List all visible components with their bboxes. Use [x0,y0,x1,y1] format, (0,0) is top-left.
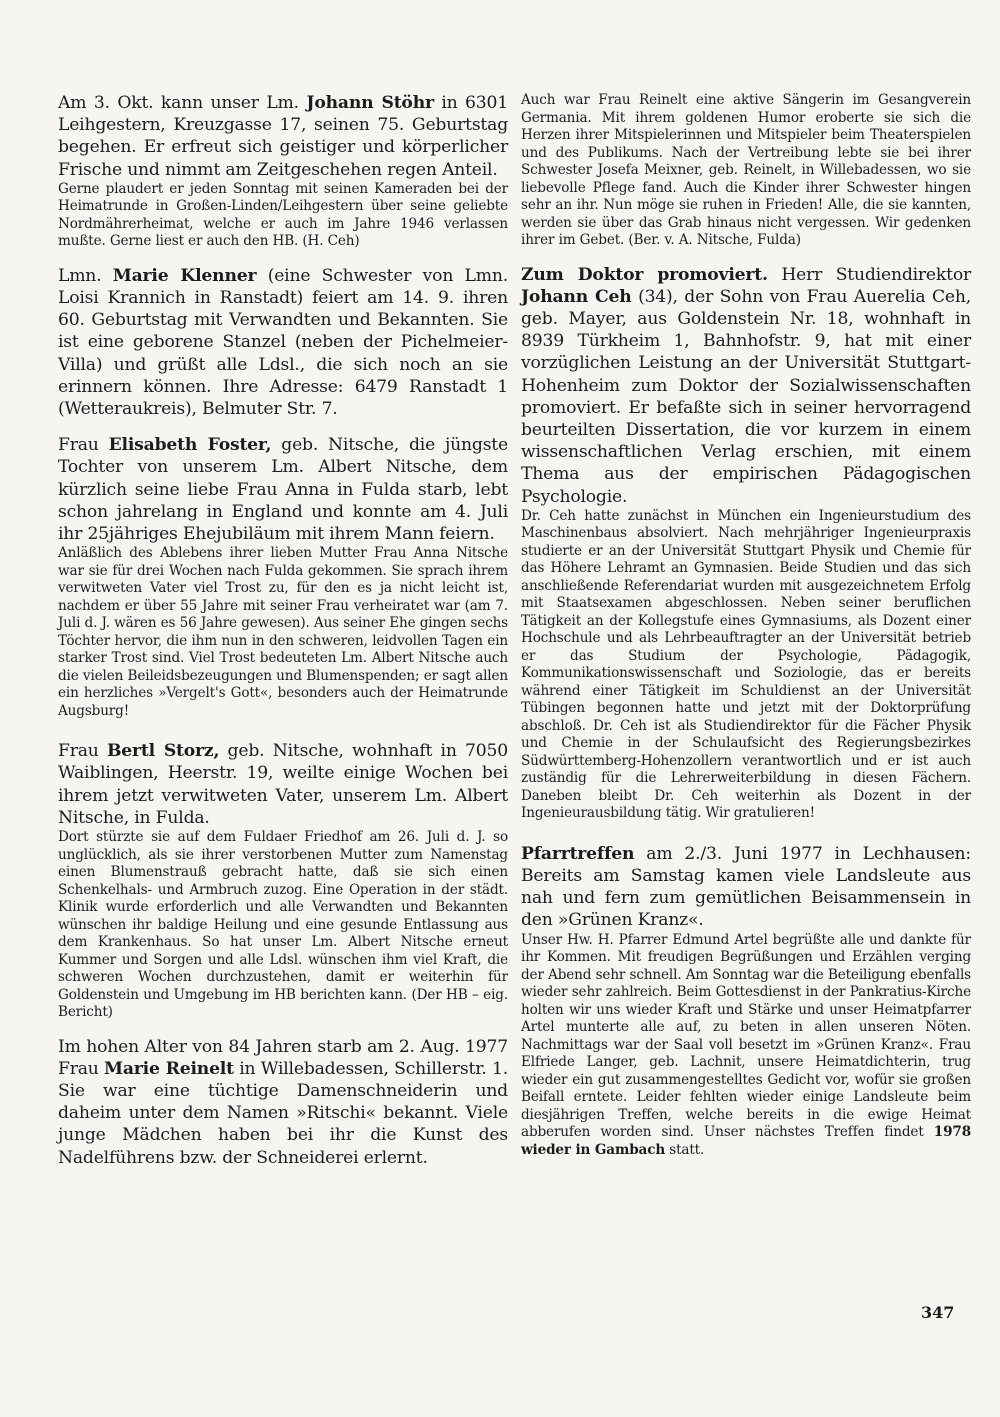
article-body: Anläßlich des Ablebens ihrer lieben Mutt… [58,545,508,720]
article-bertl-storz: Frau Bertl Storz, geb. Nitsche, wohnhaft… [58,740,508,1021]
right-column: Auch war Frau Reinelt eine aktive Sänger… [521,92,971,1173]
person-name: Marie Klenner [113,266,257,286]
lead-text: Herr Studiendirektor [768,265,971,285]
article-reinelt-continued: Auch war Frau Reinelt eine aktive Sänger… [521,92,971,250]
article-marie-klenner: Lmn. Marie Klenner (eine Schwester von L… [58,265,508,420]
article-doktor-promoviert: Zum Doktor promoviert. Herr Studiendirek… [521,264,971,823]
lead-text: Frau [58,741,107,761]
person-name: Elisabeth Foster, [109,435,272,455]
article-body: Dr. Ceh hatte zunächst in München ein In… [521,508,971,823]
article-pfarrtreffen: Pfarrtreffen am 2./3. Juni 1977 in Lechh… [521,843,971,1159]
person-name: Johann Ceh [521,287,632,307]
article-body: Gerne plaudert er jeden Sonntag mit sein… [58,181,508,251]
body-text: statt. [665,1142,704,1158]
article-body: Dort stürzte sie auf dem Fuldaer Friedho… [58,829,508,1022]
article-johann-stoehr: Am 3. Okt. kann unser Lm. Johann Stöhr i… [58,92,508,251]
person-name: Marie Reinelt [104,1059,234,1079]
article-lead: Lmn. Marie Klenner (eine Schwester von L… [58,265,508,420]
lead-text: (eine Schwester von Lmn. Loisi Krannich … [58,266,508,419]
lead-text: Am 3. Okt. kann unser Lm. [58,93,306,113]
article-headline: Zum Doktor promoviert. [521,265,768,285]
article-elisabeth-foster: Frau Elisabeth Foster, geb. Nitsche, die… [58,434,508,720]
article-lead: Zum Doktor promoviert. Herr Studiendirek… [521,264,971,508]
person-name: Johann Stöhr [306,93,433,113]
page-number: 347 [921,1303,954,1322]
article-lead: Im hohen Alter von 84 Jahren starb am 2.… [58,1036,508,1169]
article-lead: Am 3. Okt. kann unser Lm. Johann Stöhr i… [58,92,508,181]
article-lead: Frau Bertl Storz, geb. Nitsche, wohnhaft… [58,740,508,829]
article-lead: Pfarrtreffen am 2./3. Juni 1977 in Lechh… [521,843,971,932]
person-name: Bertl Storz, [107,741,219,761]
left-column: Am 3. Okt. kann unser Lm. Johann Stöhr i… [58,92,508,1183]
lead-text: Frau [58,435,109,455]
article-lead: Frau Elisabeth Foster, geb. Nitsche, die… [58,434,508,545]
lead-text: (34), der Sohn von Frau Auerelia Ceh, ge… [521,287,971,507]
article-body: Unser Hw. H. Pfarrer Edmund Artel begrüß… [521,932,971,1160]
lead-text: Lmn. [58,266,113,286]
article-headline: Pfarrtreffen [521,844,634,864]
body-text: Unser Hw. H. Pfarrer Edmund Artel begrüß… [521,932,971,1141]
article-marie-reinelt: Im hohen Alter von 84 Jahren starb am 2.… [58,1036,508,1169]
article-body: Auch war Frau Reinelt eine aktive Sänger… [521,92,971,250]
